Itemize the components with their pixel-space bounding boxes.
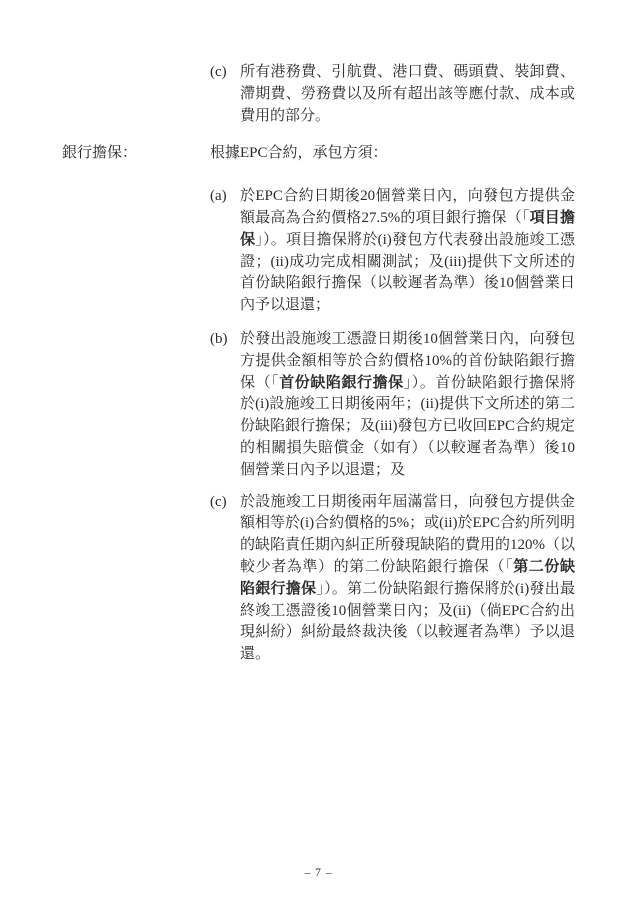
page-number: – 7 – (62, 863, 575, 885)
list-item: (a) 於EPC合約日期後20個營業日內，向發包方提供金額最高為合約價格27.5… (210, 186, 575, 317)
list-item-text: 於設施竣工日期後兩年屆滿當日，向發包方提供金額相等於(i)合約價格的5%；或(i… (240, 492, 575, 666)
bank-guarantee-section-header: 銀行擔保： 根據EPC合約，承包方須： (62, 143, 575, 165)
list-item-text: 於發出設施竣工憑證日期後10個營業日內，向發包方提供金額相等於合約價格10%的首… (240, 329, 575, 482)
guarantee-item-c: (c) 於設施竣工日期後兩年屆滿當日，向發包方提供金額相等於(i)合約價格的5%… (210, 492, 575, 666)
list-marker: (c) (210, 62, 240, 84)
section-side-label: 銀行擔保： (62, 143, 210, 165)
guarantee-item-a: (a) 於EPC合約日期後20個營業日內，向發包方提供金額最高為合約價格27.5… (210, 186, 575, 317)
list-item: (c) 所有港務費、引航費、港口費、碼頭費、裝卸費、滯期費、勞務費以及所有超出該… (210, 62, 575, 127)
list-item-text: 所有港務費、引航費、港口費、碼頭費、裝卸費、滯期費、勞務費以及所有超出該等應付款… (240, 62, 575, 127)
guarantee-item-b: (b) 於發出設施竣工憑證日期後10個營業日內，向發包方提供金額相等於合約價格1… (210, 329, 575, 482)
list-marker: (b) (210, 329, 240, 351)
list-item: (c) 於設施竣工日期後兩年屆滿當日，向發包方提供金額相等於(i)合約價格的5%… (210, 492, 575, 666)
page-content: (c) 所有港務費、引航費、港口費、碼頭費、裝卸費、滯期費、勞務費以及所有超出該… (62, 62, 575, 666)
list-marker: (a) (210, 186, 240, 208)
document-page: (c) 所有港務費、引航費、港口費、碼頭費、裝卸費、滯期費、勞務費以及所有超出該… (0, 0, 640, 905)
list-marker: (c) (210, 492, 240, 514)
carryover-paragraph: (c) 所有港務費、引航費、港口費、碼頭費、裝卸費、滯期費、勞務費以及所有超出該… (210, 62, 575, 127)
list-item-text: 於EPC合約日期後20個營業日內，向發包方提供金額最高為合約價格27.5%的項目… (240, 186, 575, 317)
section-intro-text: 根據EPC合約，承包方須： (210, 143, 575, 165)
list-item: (b) 於發出設施竣工憑證日期後10個營業日內，向發包方提供金額相等於合約價格1… (210, 329, 575, 482)
